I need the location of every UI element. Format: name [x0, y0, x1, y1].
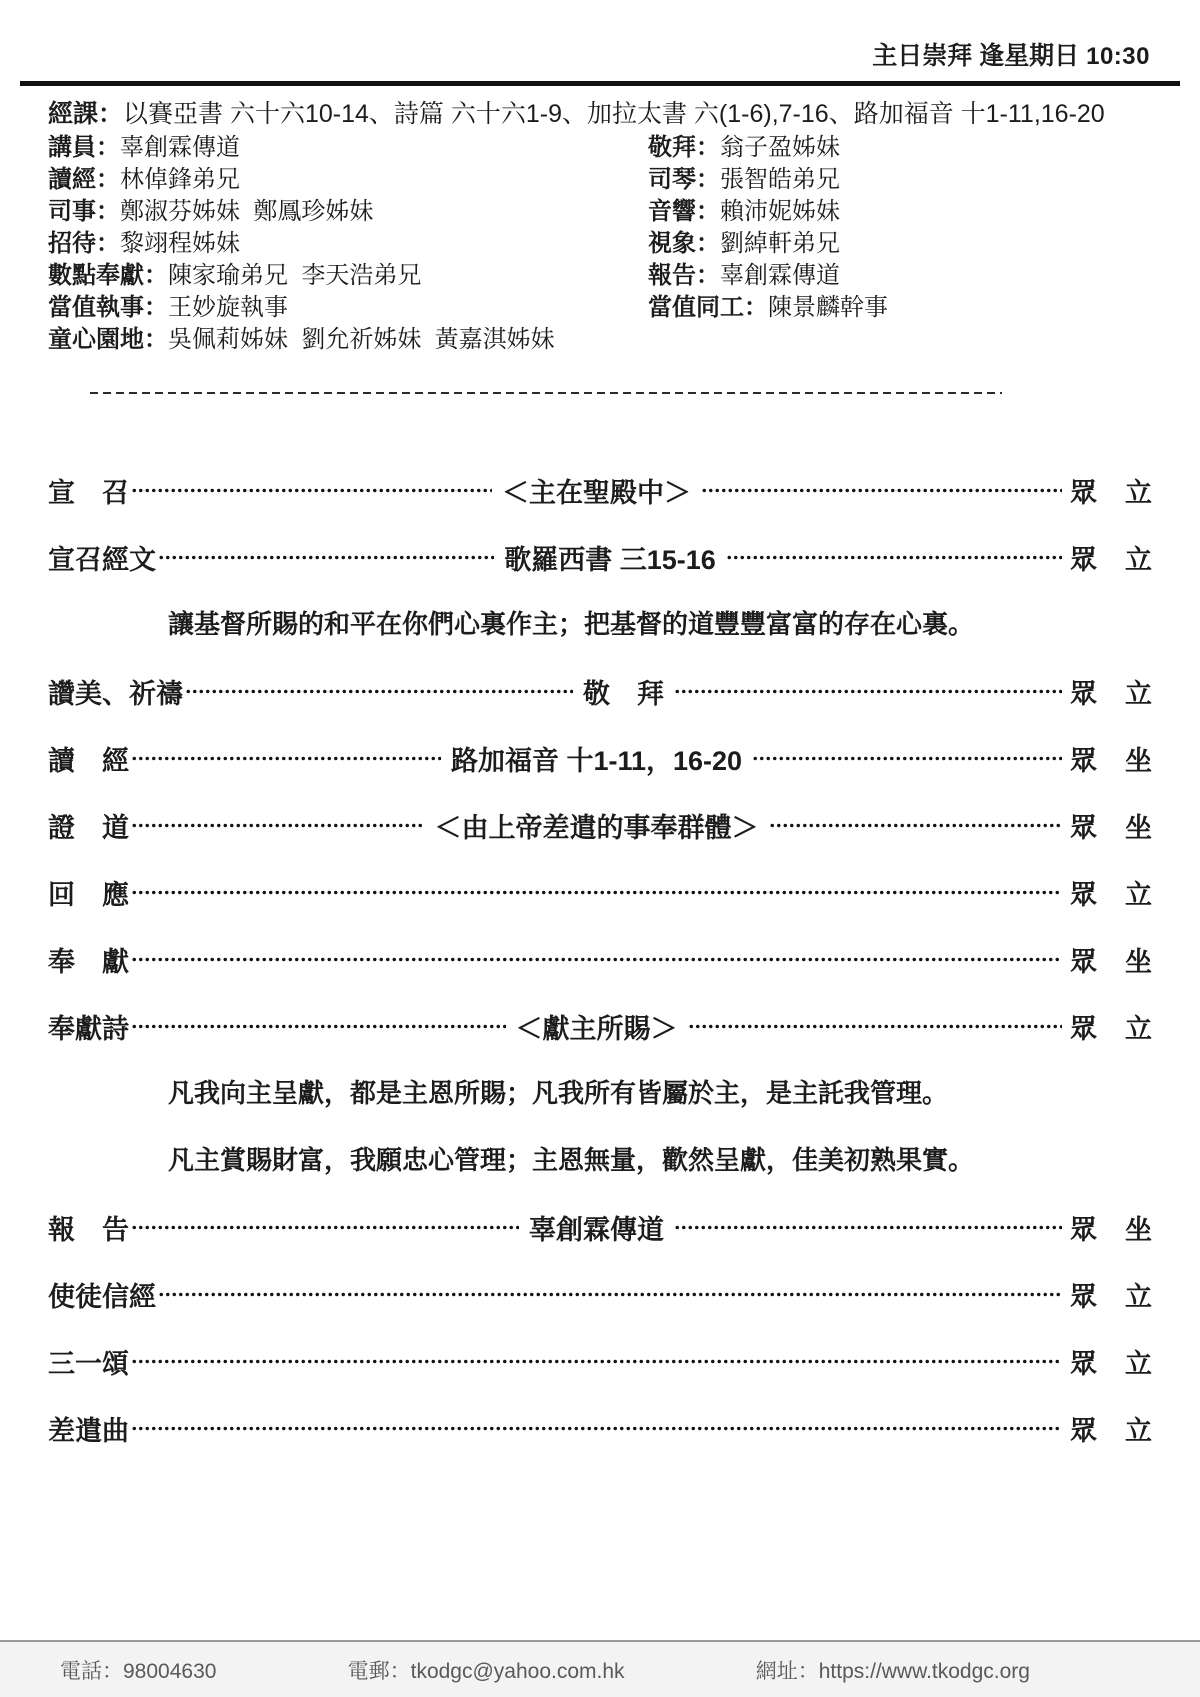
posture-label: 立: [1125, 873, 1152, 912]
roster-row: 數點奉獻：陳家瑜弟兄 李天浩弟兄: [48, 260, 648, 292]
congregation-posture: 眾立: [1070, 1342, 1152, 1381]
congregation-label: 眾: [1070, 739, 1097, 778]
congregation-label: 眾: [1070, 471, 1097, 510]
order-line: 回 應眾立: [48, 874, 1152, 910]
order-item-label: 讀 經: [48, 739, 129, 778]
posture-label: 立: [1125, 1409, 1152, 1448]
order-of-service: 宣 召＜主在聖殿中＞眾立宣召經文歌羅西書 三15-16眾立讓基督所賜的和平在你們…: [48, 472, 1152, 1446]
order-line: 讚美、祈禱敬 拜眾立: [48, 673, 1152, 709]
congregation-label: 眾: [1070, 806, 1097, 845]
worship-title: 主日崇拜 逢星期日: [872, 42, 1086, 70]
page-footer: 電話：98004630 電郵：tkodgc@yahoo.com.hk 網址：ht…: [0, 1640, 1200, 1697]
congregation-label: 眾: [1070, 1208, 1097, 1247]
congregation-posture: 眾立: [1070, 873, 1152, 912]
roster-label: 讀經：: [48, 166, 120, 193]
order-line: 宣召經文歌羅西書 三15-16眾立: [48, 539, 1152, 575]
dot-leader: [131, 1425, 1062, 1432]
roster-row: 講員：辜創霖傳道: [48, 132, 648, 164]
dot-leader: [131, 1358, 1062, 1365]
roster-label: 童心園地：: [48, 326, 168, 353]
order-item-label: 宣 召: [48, 471, 129, 510]
posture-label: 立: [1125, 1342, 1152, 1381]
congregation-label: 眾: [1070, 1275, 1097, 1314]
order-item-center: 敬 拜: [575, 672, 672, 711]
order-item-center: ＜主在聖殿中＞: [494, 471, 699, 510]
roster-value: 林倬鋒弟兄: [120, 166, 240, 193]
order-item-label: 差遣曲: [48, 1409, 129, 1448]
roster-row: 視象：劉綽軒弟兄: [648, 228, 1152, 260]
dot-leader: [131, 487, 492, 494]
dot-leader: [769, 822, 1063, 829]
posture-label: 立: [1125, 1275, 1152, 1314]
congregation-label: 眾: [1070, 940, 1097, 979]
dot-leader: [726, 554, 1062, 561]
roster-row: 招待：黎翊程姊妹: [48, 228, 648, 260]
dashed-divider: [90, 392, 1002, 394]
congregation-posture: 眾立: [1070, 538, 1152, 577]
dot-leader: [688, 1023, 1063, 1030]
roster-label: 音響：: [648, 198, 720, 225]
congregation-label: 眾: [1070, 1409, 1097, 1448]
page-header: 主日崇拜 逢星期日 10:30: [0, 0, 1200, 78]
order-item-label: 奉 獻: [48, 940, 129, 979]
congregation-posture: 眾坐: [1070, 806, 1152, 845]
roster-value: 張智皓弟兄: [720, 166, 840, 193]
roster-value: 黎翊程姊妹: [120, 230, 240, 257]
posture-label: 坐: [1125, 1208, 1152, 1247]
congregation-posture: 眾立: [1070, 1409, 1152, 1448]
posture-label: 坐: [1125, 940, 1152, 979]
order-line: 證 道＜由上帝差遣的事奉群體＞眾坐: [48, 807, 1152, 843]
congregation-label: 眾: [1070, 672, 1097, 711]
roster-value: 陳景麟幹事: [768, 294, 888, 321]
roster-value: 吳佩莉姊妹 劉允祈姊妹 黃嘉淇姊妹: [168, 326, 555, 353]
roster-value: 劉綽軒弟兄: [720, 230, 840, 257]
roster-label: 招待：: [48, 230, 120, 257]
roster-value: 陳家瑜弟兄 李天浩弟兄: [168, 262, 421, 289]
lections-line: 經課：以賽亞書 六十六10-14、詩篇 六十六1-9、加拉太書 六(1-6),7…: [0, 86, 1200, 130]
dot-leader: [185, 688, 573, 695]
order-item-center: 辜創霖傳道: [521, 1208, 672, 1247]
dot-leader: [131, 956, 1062, 963]
roster-label: 當值同工：: [648, 294, 768, 321]
roster-label: 當值執事：: [48, 294, 168, 321]
roster-right-column: 敬拜：翁子盈姊妹司琴：張智皓弟兄音響：賴沛妮姊妹視象：劉綽軒弟兄報告：辜創霖傳道…: [648, 132, 1152, 356]
order-item-label: 讚美、祈禱: [48, 672, 183, 711]
congregation-label: 眾: [1070, 538, 1097, 577]
roster-label: 司琴：: [648, 166, 720, 193]
congregation-label: 眾: [1070, 1342, 1097, 1381]
congregation-posture: 眾立: [1070, 471, 1152, 510]
dot-leader: [158, 554, 494, 561]
congregation-label: 眾: [1070, 1007, 1097, 1046]
order-line: 差遣曲眾立: [48, 1410, 1152, 1446]
order-line: 三一頌眾立: [48, 1343, 1152, 1379]
roster-label: 講員：: [48, 134, 120, 161]
congregation-posture: 眾立: [1070, 1275, 1152, 1314]
worship-time: 10:30: [1086, 43, 1150, 70]
order-verse: 凡我向主呈獻，都是主恩所賜；凡我所有皆屬於主，是主託我管理。: [48, 1075, 1152, 1111]
order-line: 奉獻詩＜獻主所賜＞眾立: [48, 1008, 1152, 1044]
roster-value: 翁子盈姊妹: [720, 134, 840, 161]
dot-leader: [674, 1224, 1062, 1231]
order-item-label: 回 應: [48, 873, 129, 912]
order-item-center: 路加福音 十1-11，16-20: [443, 739, 750, 778]
bulletin-page: 主日崇拜 逢星期日 10:30 經課：以賽亞書 六十六10-14、詩篇 六十六1…: [0, 0, 1200, 1697]
order-item-label: 證 道: [48, 806, 129, 845]
lections-value: 以賽亞書 六十六10-14、詩篇 六十六1-9、加拉太書 六(1-6),7-16…: [123, 100, 1105, 128]
dot-leader: [131, 755, 441, 762]
order-line: 宣 召＜主在聖殿中＞眾立: [48, 472, 1152, 508]
footer-website: 網址：https://www.tkodgc.org: [756, 1655, 1030, 1685]
roster-row: 讀經：林倬鋒弟兄: [48, 164, 648, 196]
roster-label: 敬拜：: [648, 134, 720, 161]
order-line: 使徒信經眾立: [48, 1276, 1152, 1312]
roster-value: 賴沛妮姊妹: [720, 198, 840, 225]
roster-row: 當值執事：王妙旋執事: [48, 292, 648, 324]
roster-left-column: 講員：辜創霖傳道讀經：林倬鋒弟兄司事：鄭淑芬姊妹 鄭鳳珍姊妹招待：黎翊程姊妹數點…: [48, 132, 648, 356]
congregation-posture: 眾立: [1070, 1007, 1152, 1046]
order-line: 奉 獻眾坐: [48, 941, 1152, 977]
dot-leader: [131, 1023, 506, 1030]
dot-leader: [131, 822, 425, 829]
roster-row: 報告：辜創霖傳道: [648, 260, 1152, 292]
roster-row: 司琴：張智皓弟兄: [648, 164, 1152, 196]
order-item-center: ＜由上帝差遣的事奉群體＞: [427, 806, 767, 845]
roster-value: 辜創霖傳道: [720, 262, 840, 289]
congregation-posture: 眾坐: [1070, 739, 1152, 778]
roster-value: 辜創霖傳道: [120, 134, 240, 161]
posture-label: 立: [1125, 471, 1152, 510]
dot-leader: [158, 1291, 1062, 1298]
roster-row: 童心園地：吳佩莉姊妹 劉允祈姊妹 黃嘉淇姊妹: [48, 324, 648, 356]
dot-leader: [131, 889, 1062, 896]
order-item-center: ＜獻主所賜＞: [508, 1007, 686, 1046]
congregation-posture: 眾坐: [1070, 940, 1152, 979]
dot-leader: [131, 1224, 519, 1231]
roster-label: 視象：: [648, 230, 720, 257]
dot-leader: [752, 755, 1062, 762]
roster-label: 司事：: [48, 198, 120, 225]
order-line: 報 告辜創霖傳道眾坐: [48, 1209, 1152, 1245]
footer-phone: 電話：98004630: [60, 1655, 216, 1685]
roster-row: 司事：鄭淑芬姊妹 鄭鳳珍姊妹: [48, 196, 648, 228]
roster-row: 當值同工：陳景麟幹事: [648, 292, 1152, 324]
congregation-posture: 眾坐: [1070, 1208, 1152, 1247]
dot-leader: [701, 487, 1062, 494]
order-line: 讀 經路加福音 十1-11，16-20眾坐: [48, 740, 1152, 776]
order-verse: 凡主賞賜財富，我願忠心管理；主恩無量，歡然呈獻，佳美初熟果實。: [48, 1142, 1152, 1178]
posture-label: 立: [1125, 538, 1152, 577]
order-item-label: 報 告: [48, 1208, 129, 1247]
posture-label: 立: [1125, 1007, 1152, 1046]
order-item-label: 宣召經文: [48, 538, 156, 577]
roster-label: 數點奉獻：: [48, 262, 168, 289]
roster-value: 鄭淑芬姊妹 鄭鳳珍姊妹: [120, 198, 373, 225]
roster-section: 講員：辜創霖傳道讀經：林倬鋒弟兄司事：鄭淑芬姊妹 鄭鳳珍姊妹招待：黎翊程姊妹數點…: [0, 130, 1200, 356]
congregation-label: 眾: [1070, 873, 1097, 912]
posture-label: 立: [1125, 672, 1152, 711]
order-verse: 讓基督所賜的和平在你們心裏作主；把基督的道豐豐富富的存在心裏。: [48, 606, 1152, 642]
roster-value: 王妙旋執事: [168, 294, 288, 321]
order-item-label: 使徒信經: [48, 1275, 156, 1314]
footer-email: 電郵：tkodgc@yahoo.com.hk: [348, 1655, 625, 1685]
order-item-label: 奉獻詩: [48, 1007, 129, 1046]
lections-label: 經課：: [48, 100, 123, 128]
order-item-label: 三一頌: [48, 1342, 129, 1381]
roster-label: 報告：: [648, 262, 720, 289]
dot-leader: [674, 688, 1062, 695]
order-item-center: 歌羅西書 三15-16: [496, 538, 724, 577]
posture-label: 坐: [1125, 739, 1152, 778]
posture-label: 坐: [1125, 806, 1152, 845]
roster-row: 音響：賴沛妮姊妹: [648, 196, 1152, 228]
congregation-posture: 眾立: [1070, 672, 1152, 711]
roster-row: 敬拜：翁子盈姊妹: [648, 132, 1152, 164]
